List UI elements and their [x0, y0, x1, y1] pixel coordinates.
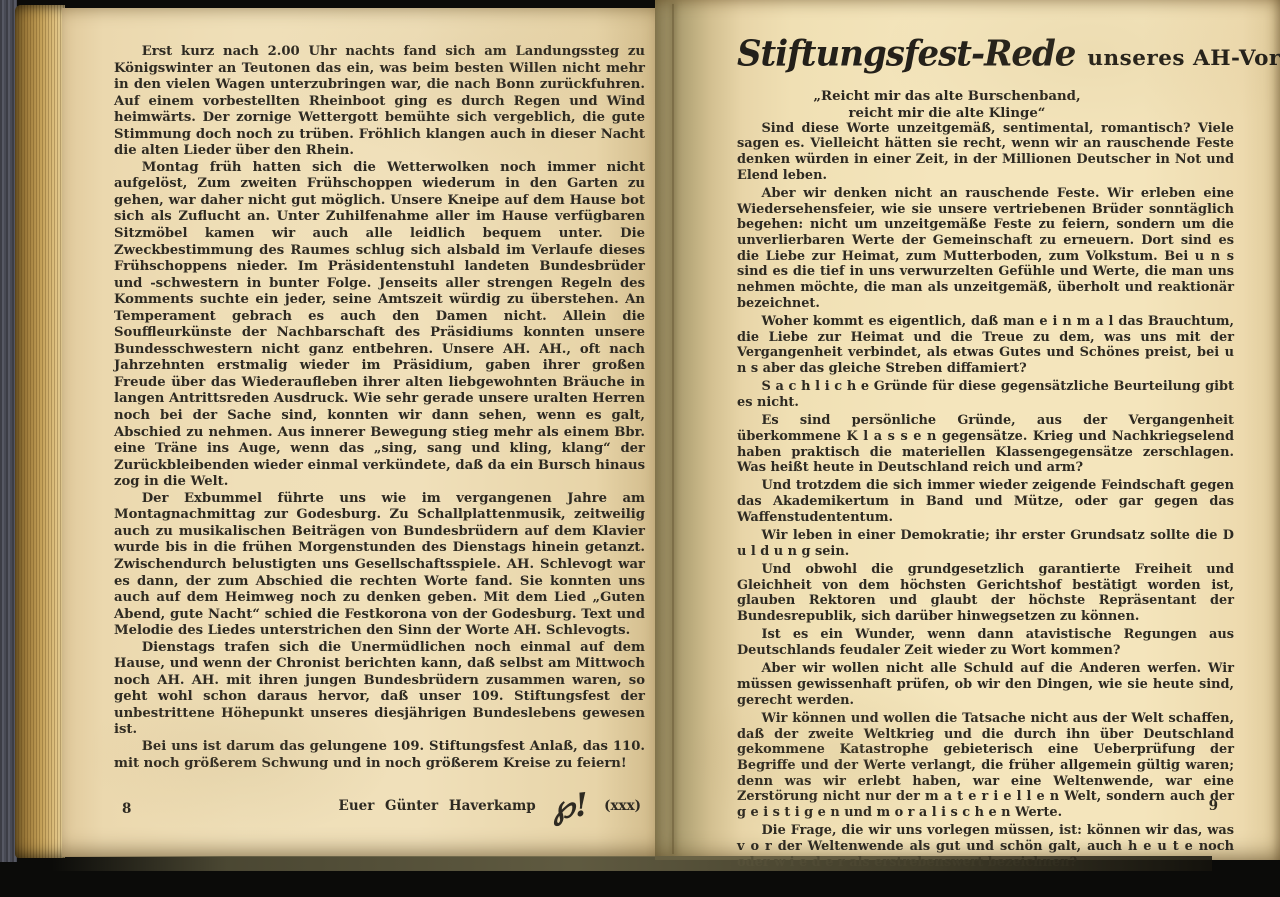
paragraph: Bei uns ist darum das gelungene 109. Sti…	[114, 739, 645, 772]
paragraph: Aber wir wollen nicht alle Schuld auf di…	[737, 661, 1234, 708]
chronicle-signature: Euer Günter Haverkamp ℘! (xxx)	[114, 798, 645, 815]
page-title: Stiftungsfest-Rede unseres AH-Vors. Otto…	[737, 34, 1237, 74]
title-script-part: Stiftungsfest-Rede	[737, 33, 1075, 75]
paragraph: Wir leben in einer Demokratie; ihr erste…	[737, 528, 1234, 559]
left-page: Erst kurz nach 2.00 Uhr nachts fand sich…	[62, 8, 655, 857]
page-number-right: 9	[1209, 798, 1218, 814]
left-page-body: Erst kurz nach 2.00 Uhr nachts fand sich…	[114, 44, 645, 815]
table-shadow-under-book	[52, 856, 1212, 871]
paragraph: Ist es ein Wunder, wenn dann atavistisch…	[737, 627, 1234, 658]
signature-suffix: (xxx)	[604, 798, 641, 815]
paragraph: Aber wir denken nicht an rauschende Fest…	[737, 186, 1234, 312]
zirkel-cipher-icon: ℘!	[552, 804, 588, 808]
paragraph: Wir können und wollen die Tatsache nicht…	[737, 711, 1234, 821]
paragraph: Der Exbummel führte uns wie im vergangen…	[114, 491, 645, 640]
page-number-left: 8	[122, 801, 131, 817]
paragraph: S a c h l i c h e Gründe für diese gegen…	[737, 379, 1234, 410]
epigraph-quote: „Reicht mir das alte Burschenband, reich…	[737, 88, 1157, 122]
paragraph: Montag früh hatten sich die Wetterwolken…	[114, 160, 645, 491]
book-spread: Erst kurz nach 2.00 Uhr nachts fand sich…	[0, 0, 1280, 897]
paragraph: Woher kommt es eigentlich, daß man e i n…	[737, 314, 1234, 377]
binding-gutter-crease	[672, 4, 674, 854]
paragraph: Sind diese Worte unzeitgemäß, sentimenta…	[737, 121, 1234, 184]
paragraph: Erst kurz nach 2.00 Uhr nachts fand sich…	[114, 44, 645, 160]
right-page: Stiftungsfest-Rede unseres AH-Vors. Otto…	[655, 0, 1280, 860]
title-rest-part: unseres AH-Vors. Otto Nelte	[1087, 46, 1280, 71]
right-page-body: Sind diese Worte unzeitgemäß, sentimenta…	[737, 118, 1234, 873]
paragraph: Es sind persönliche Gründe, aus der Verg…	[737, 413, 1234, 476]
epigraph-line: „Reicht mir das alte Burschenband,	[737, 88, 1157, 105]
paragraph: Und trotzdem die sich immer wieder zeige…	[737, 478, 1234, 525]
paragraph: Dienstags trafen sich die Unermüdlichen …	[114, 640, 645, 739]
stacked-page-edges	[15, 5, 65, 858]
signature-name: Euer Günter Haverkamp	[339, 798, 536, 815]
paragraph: Und obwohl die grundgesetzlich garantier…	[737, 562, 1234, 625]
